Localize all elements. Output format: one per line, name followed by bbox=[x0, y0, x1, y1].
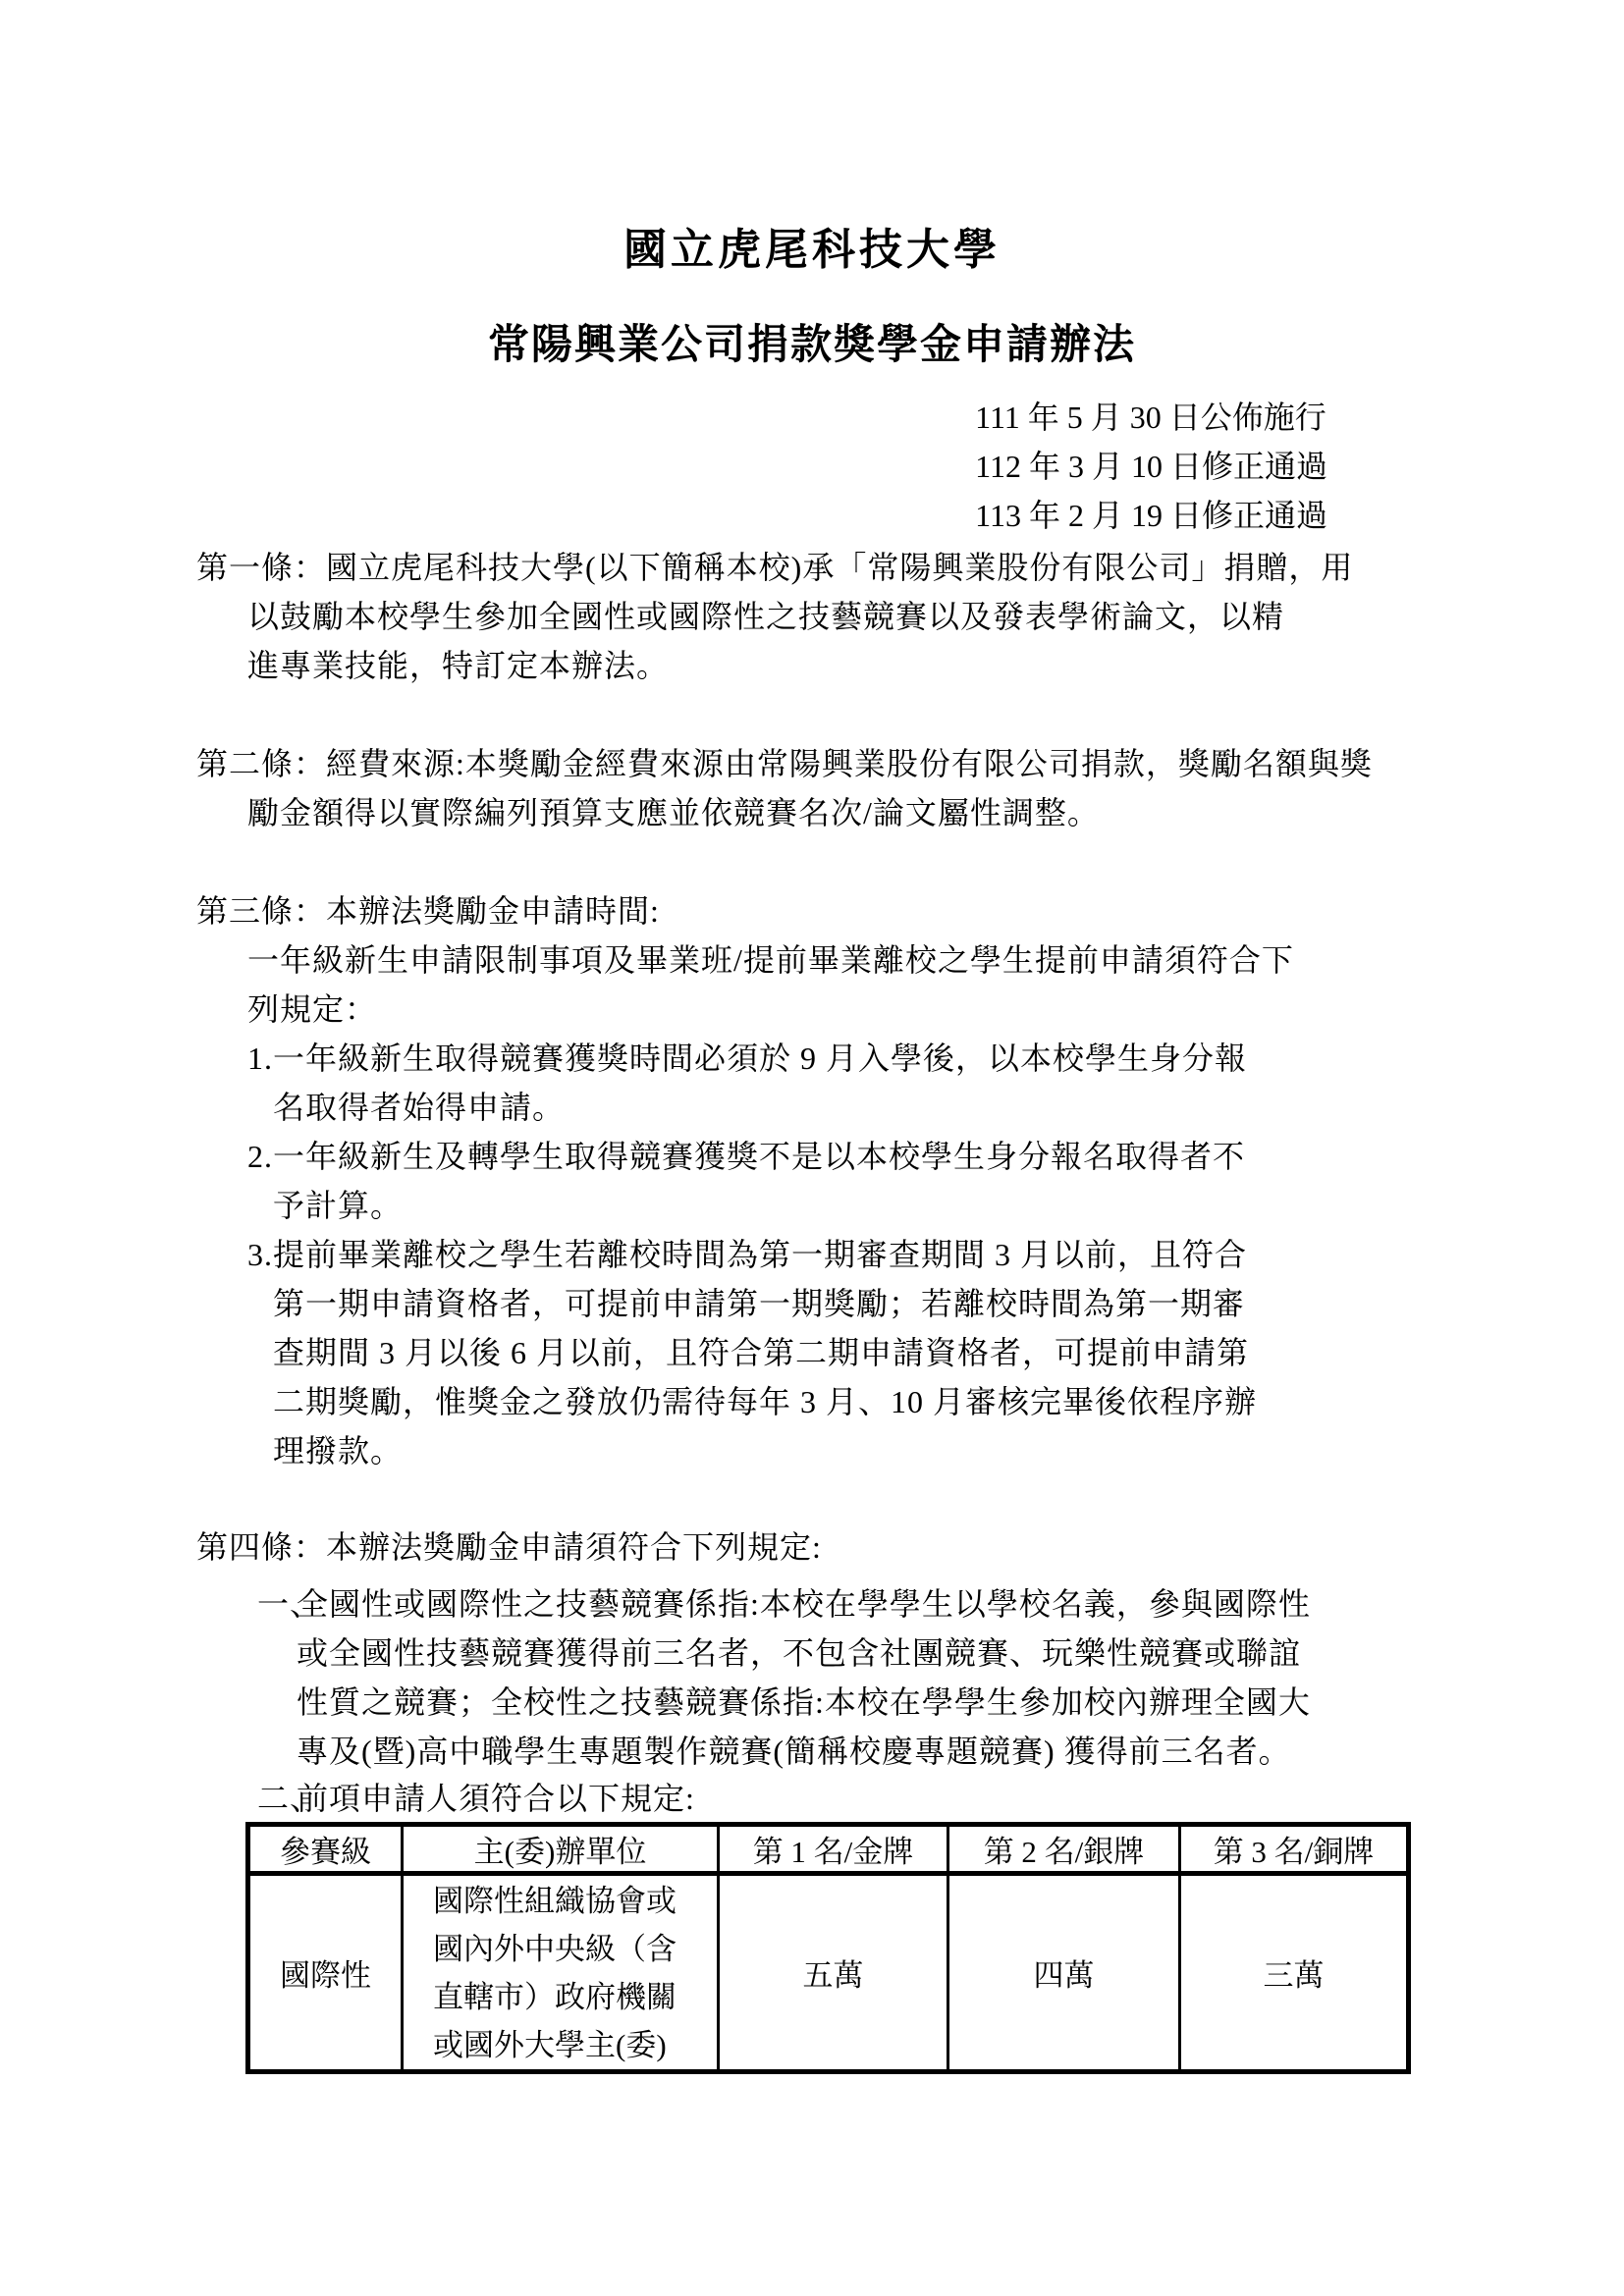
cell-second-amount: 四萬 bbox=[948, 1874, 1180, 2072]
item-line: 一年級新生取得競賽獲獎時間必須於 9 月入學後，以本校學生身分報 bbox=[273, 1037, 1247, 1080]
header-level: 參賽級 bbox=[248, 1825, 403, 1874]
organizer-line: 直轄市）政府機關 bbox=[404, 1973, 717, 2021]
page-subtitle: 常陽興業公司捐款獎學金申請辦法 bbox=[0, 312, 1624, 371]
article-1-line: 以鼓勵本校學生參加全國性或國際性之技藝競賽以及發表學術論文，以精 bbox=[247, 595, 1284, 638]
header-first-place: 第 1 名/金牌 bbox=[719, 1825, 948, 1874]
item-line: 理撥款。 bbox=[273, 1429, 403, 1472]
item-line: 前項申請人須符合以下規定: bbox=[297, 1777, 695, 1820]
article-1-line: 進專業技能，特訂定本辦法。 bbox=[247, 644, 669, 687]
cell-third-amount: 三萬 bbox=[1180, 1874, 1409, 2072]
item-line: 予計算。 bbox=[273, 1184, 403, 1227]
item-line: 一年級新生及轉學生取得競賽獲獎不是以本校學生身分報名取得者不 bbox=[273, 1135, 1245, 1178]
header-organizer: 主(委)辦單位 bbox=[403, 1825, 719, 1874]
article-4-line: 第四條：本辦法獎勵金申請須符合下列規定: bbox=[196, 1525, 822, 1569]
header-third-place: 第 3 名/銅牌 bbox=[1180, 1825, 1409, 1874]
organizer-line: 國內外中央級（含 bbox=[404, 1925, 717, 1973]
article-3-line: 一年級新生申請限制事項及畢業班/提前畢業離校之學生提前申請須符合下 bbox=[247, 938, 1294, 982]
item-line: 或全國性技藝競賽獲得前三名者，不包含社團競賽、玩樂性競賽或聯誼 bbox=[297, 1631, 1301, 1675]
item-line: 二期獎勵，惟獎金之發放仍需待每年 3 月、10 月審核完畢後依程序辦 bbox=[273, 1380, 1257, 1423]
cell-level: 國際性 bbox=[248, 1874, 403, 2072]
document-page: 國立虎尾科技大學 常陽興業公司捐款獎學金申請辦法 111 年 5 月 30 日公… bbox=[0, 0, 1624, 2296]
article-2-line: 第二條：經費來源:本獎勵金經費來源由常陽興業股份有限公司捐款，獎勵名額與獎 bbox=[196, 742, 1373, 785]
article-1-line: 第一條：國立虎尾科技大學(以下簡稱本校)承「常陽興業股份有限公司」捐贈，用 bbox=[196, 546, 1353, 589]
item-number: 3. bbox=[247, 1233, 273, 1276]
item-line: 全國性或國際性之技藝競賽係指:本校在學學生以學校名義，參與國際性 bbox=[297, 1582, 1311, 1626]
item-line: 專及(暨)高中職學生專題製作競賽(簡稱校慶專題競賽) 獲得前三名者。 bbox=[297, 1730, 1291, 1773]
article-3-line: 列規定： bbox=[247, 988, 377, 1031]
revision-date: 112 年 3 月 10 日修正通過 bbox=[975, 442, 1327, 491]
table-header-row: 參賽級 主(委)辦單位 第 1 名/金牌 第 2 名/銀牌 第 3 名/銅牌 bbox=[248, 1825, 1409, 1874]
article-3-line: 第三條：本辦法獎勵金申請時間: bbox=[196, 889, 660, 933]
organizer-line: 或國外大學主(委) bbox=[404, 2021, 717, 2069]
page-title: 國立虎尾科技大學 bbox=[0, 214, 1624, 277]
item-line: 第一期申請資格者，可提前申請第一期獎勵；若離校時間為第一期審 bbox=[273, 1282, 1245, 1325]
cell-first-amount: 五萬 bbox=[719, 1874, 948, 2072]
item-number: 1. bbox=[247, 1037, 273, 1080]
table-row: 國際性 國際性組織協會或 國內外中央級（含 直轄市）政府機關 或國外大學主(委)… bbox=[248, 1874, 1409, 2072]
award-table: 參賽級 主(委)辦單位 第 1 名/金牌 第 2 名/銀牌 第 3 名/銅牌 國… bbox=[245, 1822, 1411, 2074]
organizer-line: 國際性組織協會或 bbox=[404, 1877, 717, 1925]
item-number: 2. bbox=[247, 1135, 273, 1178]
cell-organizer: 國際性組織協會或 國內外中央級（含 直轄市）政府機關 或國外大學主(委) bbox=[403, 1874, 719, 2072]
item-line: 查期間 3 月以後 6 月以前，且符合第二期申請資格者，可提前申請第 bbox=[273, 1331, 1249, 1374]
header-second-place: 第 2 名/銀牌 bbox=[948, 1825, 1180, 1874]
item-line: 提前畢業離校之學生若離校時間為第一期審查期間 3 月以前，且符合 bbox=[273, 1233, 1247, 1276]
item-line: 名取得者始得申請。 bbox=[273, 1086, 565, 1129]
item-line: 性質之競賽；全校性之技藝競賽係指:本校在學學生參加校內辦理全國大 bbox=[297, 1681, 1311, 1724]
revision-dates: 111 年 5 月 30 日公佈施行 112 年 3 月 10 日修正通過 11… bbox=[975, 393, 1327, 540]
revision-date: 113 年 2 月 19 日修正通過 bbox=[975, 491, 1327, 540]
article-2-line: 勵金額得以實際編列預算支應並依競賽名次/論文屬性調整。 bbox=[247, 791, 1100, 834]
revision-date: 111 年 5 月 30 日公佈施行 bbox=[975, 393, 1327, 442]
